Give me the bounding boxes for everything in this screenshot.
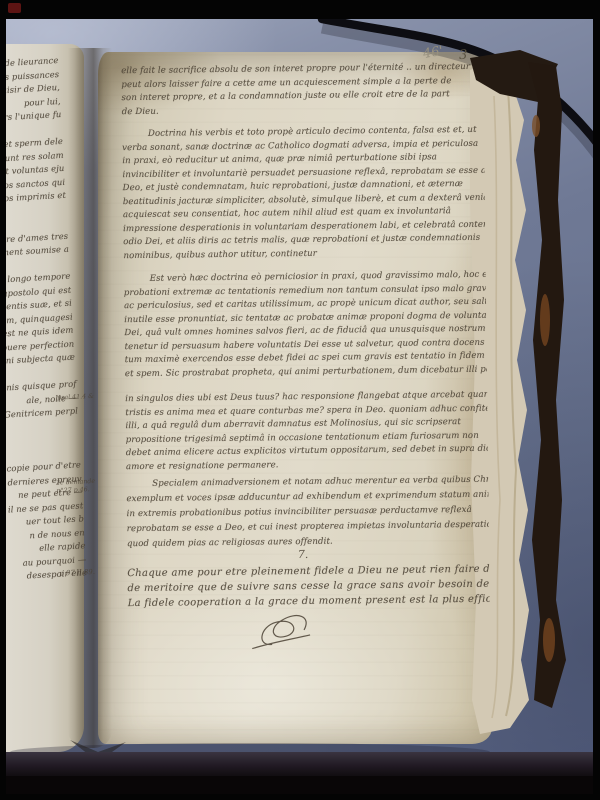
folio-number-pencil: 46' bbox=[422, 44, 445, 62]
photo-frame-bottom bbox=[0, 794, 600, 800]
paragraph-latin-psalm: in singulos dies ubi est Deus tuus? hac … bbox=[125, 389, 488, 474]
paragraph-french-chaque-ame: Chaque ame pour etre pleinement fidele a… bbox=[127, 562, 490, 611]
right-page-text: 46' 3 elle fait le sacrifice absolu de s… bbox=[0, 0, 600, 800]
margin-note-demande: 2e demande n°27 p.46. bbox=[56, 478, 96, 496]
red-bookmark-dot bbox=[8, 3, 21, 13]
margin-note-demande-line2: n°27 p.46. bbox=[56, 486, 95, 496]
paragraph-latin-est-vero: Est verò hæc doctrina eò perniciosior in… bbox=[124, 269, 487, 381]
signature-paraph bbox=[242, 606, 323, 651]
paragraph-latin-doctrina: Doctrina his verbis et toto propè articu… bbox=[122, 124, 486, 263]
table-edge bbox=[6, 752, 593, 778]
photo-frame-right bbox=[593, 0, 600, 800]
margin-note-pageref: p 97 n 89. bbox=[59, 568, 95, 578]
photo-frame-left bbox=[0, 0, 6, 800]
photo-frame-top bbox=[0, 0, 600, 19]
paragraph-french-opening: elle fait le sacrifice absolu de son int… bbox=[121, 61, 484, 119]
paragraph-latin-specialem: Specialem animadversionem et notam adhuc… bbox=[126, 473, 489, 552]
manuscript-photo: omme de lieurancede nos puissancesplaisi… bbox=[0, 0, 600, 800]
margin-note-psalm: psal 41.4 & bbox=[57, 393, 94, 403]
